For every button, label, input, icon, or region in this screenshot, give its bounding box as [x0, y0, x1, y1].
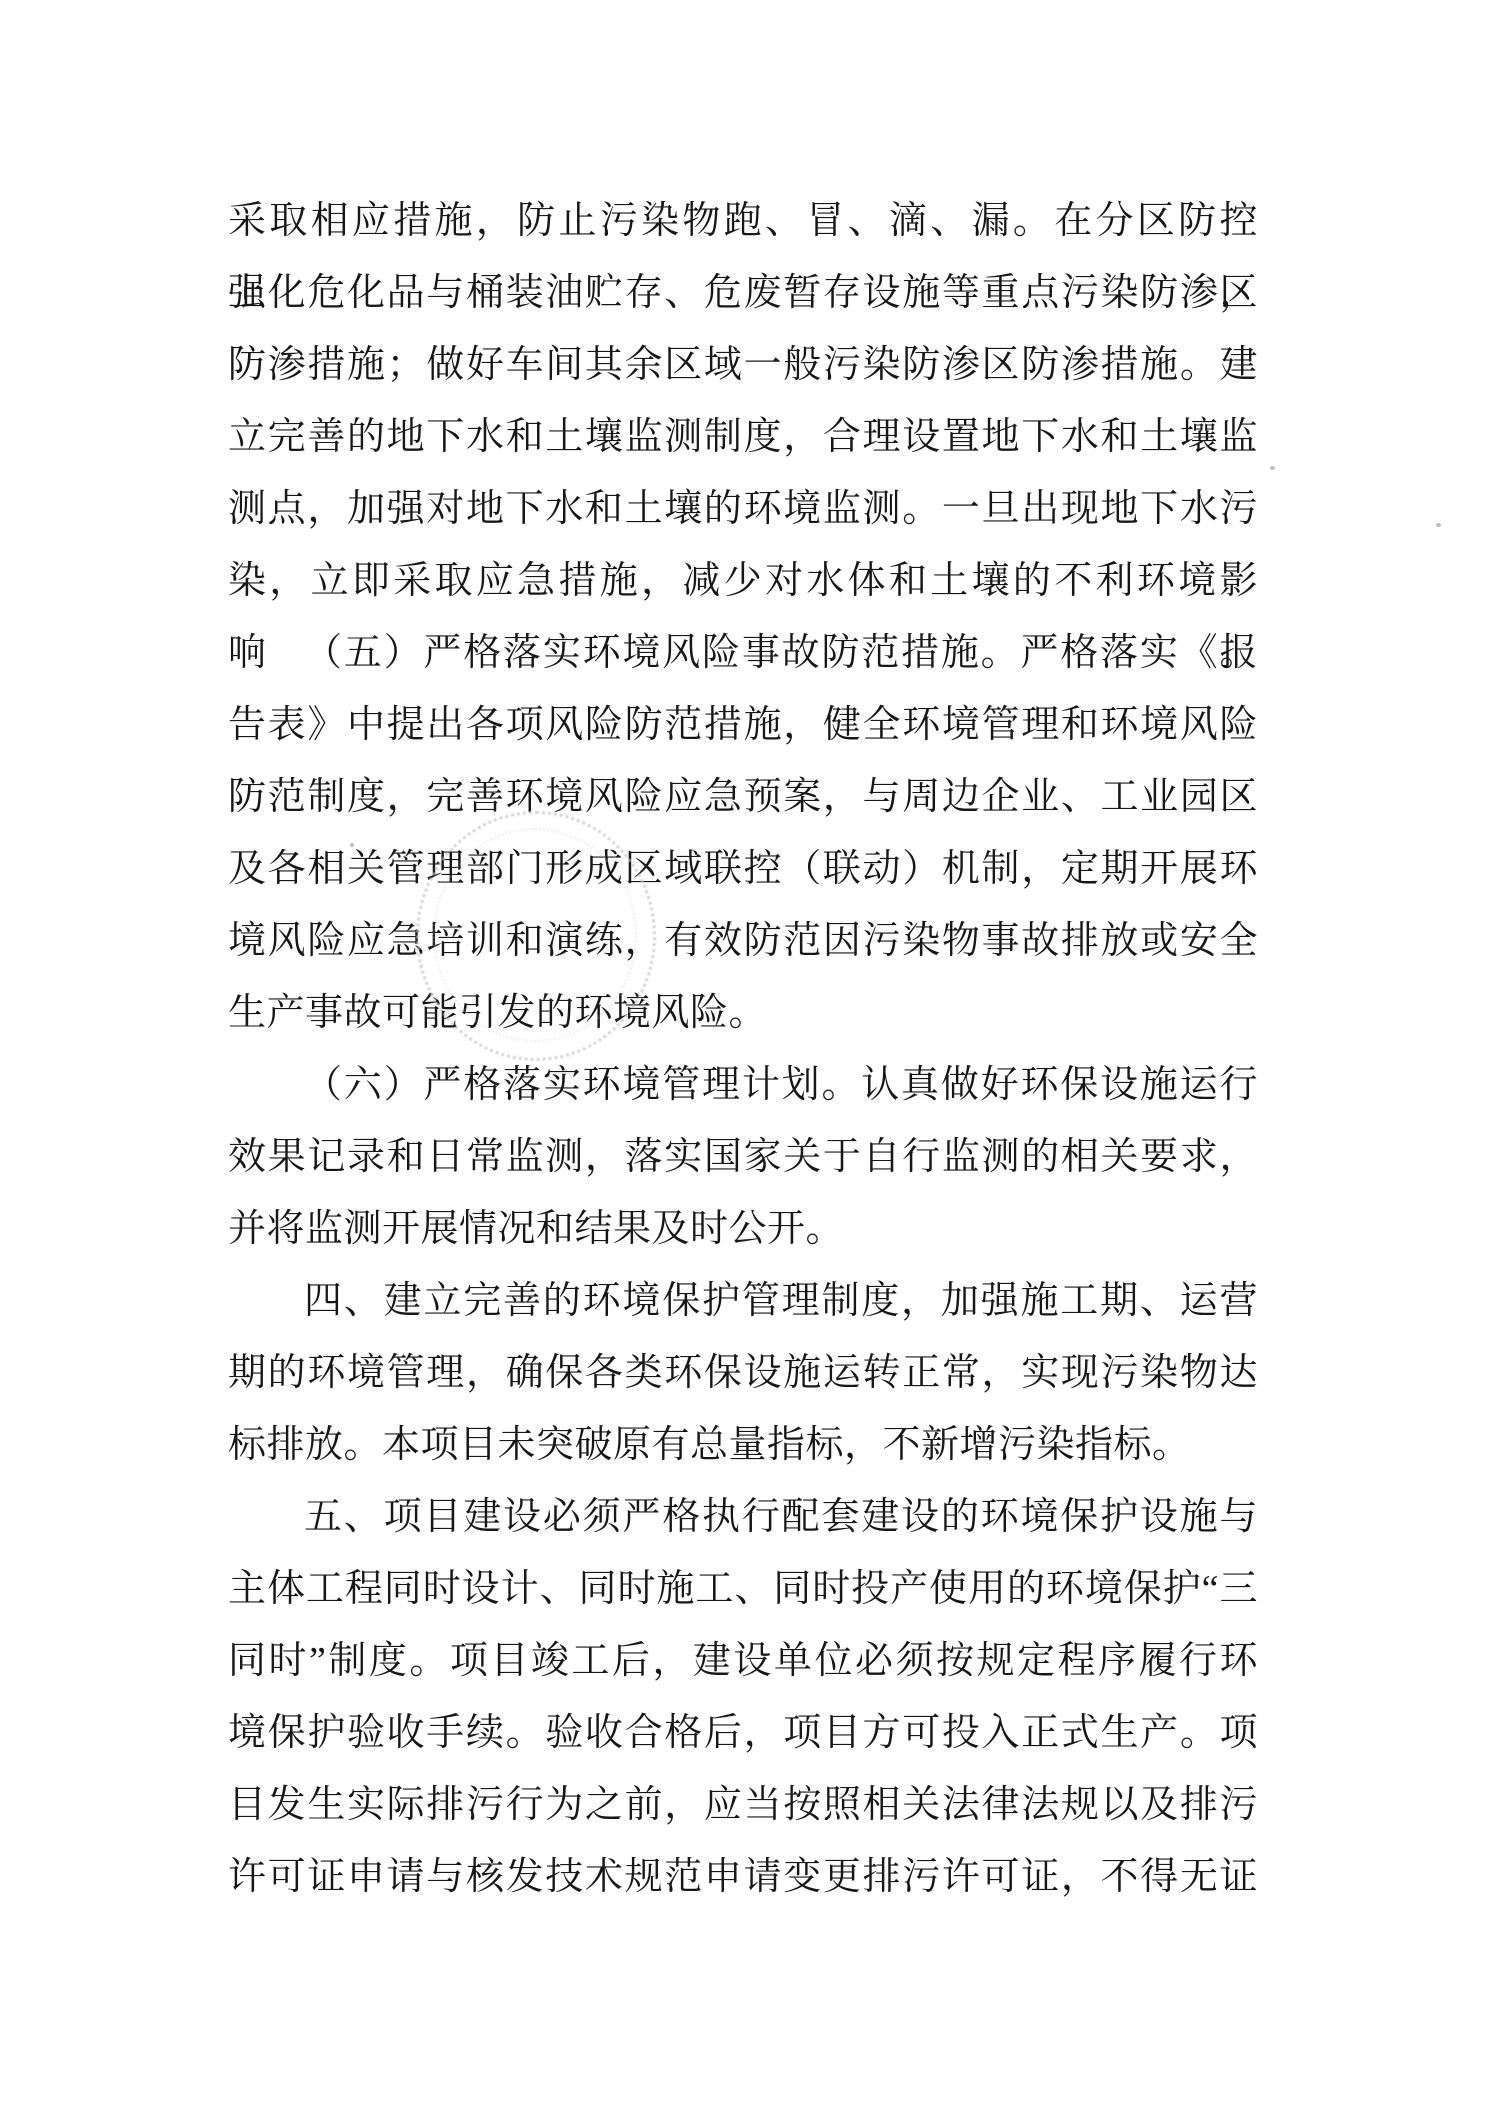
text-line: 采取相应措施，防止污染物跑、冒、滴、漏。在分区防控上， [228, 185, 1258, 257]
text-line: 强化危化品与桶装油贮存、危废暂存设施等重点污染防渗区 [228, 257, 1258, 329]
scan-speck [1436, 523, 1441, 527]
text-line: 告表》中提出各项风险防范措施，健全环境管理和环境风险 [228, 689, 1258, 761]
text-line: 并将监测开展情况和结果及时公开。 [228, 1193, 1258, 1265]
scan-speck [1270, 466, 1275, 470]
text-line: （六）严格落实环境管理计划。认真做好环保设施运行 [228, 1049, 1258, 1121]
text-line: 测点，加强对地下水和土壤的环境监测。一旦出现地下水污 [228, 473, 1258, 545]
text-line: 境保护验收手续。验收合格后，项目方可投入正式生产。项 [228, 1697, 1258, 1769]
text-line: 立完善的地下水和土壤监测制度，合理设置地下水和土壤监 [228, 401, 1258, 473]
document-text-block: 采取相应措施，防止污染物跑、冒、滴、漏。在分区防控上， 强化危化品与桶装油贮存、… [228, 185, 1258, 1913]
text-line: 主体工程同时设计、同时施工、同时投产使用的环境保护“三 [228, 1553, 1258, 1625]
text-line: 境风险应急培训和演练，有效防范因污染物事故排放或安全 [228, 905, 1258, 977]
text-line: 同时”制度。项目竣工后，建设单位必须按规定程序履行环 [228, 1625, 1258, 1697]
text-line: 防渗措施；做好车间其余区域一般污染防渗区防渗措施。建 [228, 329, 1258, 401]
text-line: （五）严格落实环境风险事故防范措施。严格落实《报 [228, 617, 1258, 689]
text-line: 及各相关管理部门形成区域联控（联动）机制，定期开展环 [228, 833, 1258, 905]
ghost-stamp-mark [416, 811, 656, 1061]
text-line: 许可证申请与核发技术规范申请变更排污许可证，不得无证 [228, 1841, 1258, 1913]
scan-speck [350, 843, 354, 847]
text-line: 五、项目建设必须严格执行配套建设的环境保护设施与 [228, 1481, 1258, 1553]
text-line: 标排放。本项目未突破原有总量指标，不新增污染指标。 [228, 1409, 1258, 1481]
text-line: 四、建立完善的环境保护管理制度，加强施工期、运营 [228, 1265, 1258, 1337]
text-line: 染，立即采取应急措施，减少对水体和土壤的不利环境影响。 [228, 545, 1258, 617]
text-line: 防范制度，完善环境风险应急预案，与周边企业、工业园区 [228, 761, 1258, 833]
text-line: 目发生实际排污行为之前，应当按照相关法律法规以及排污 [228, 1769, 1258, 1841]
document-page: 采取相应措施，防止污染物跑、冒、滴、漏。在分区防控上， 强化危化品与桶装油贮存、… [0, 0, 1490, 2104]
text-line: 期的环境管理，确保各类环保设施运转正常，实现污染物达 [228, 1337, 1258, 1409]
text-line: 效果记录和日常监测，落实国家关于自行监测的相关要求， [228, 1121, 1258, 1193]
ghost-stamp-inner-ring [433, 828, 637, 1042]
text-line: 生产事故可能引发的环境风险。 [228, 977, 1258, 1049]
